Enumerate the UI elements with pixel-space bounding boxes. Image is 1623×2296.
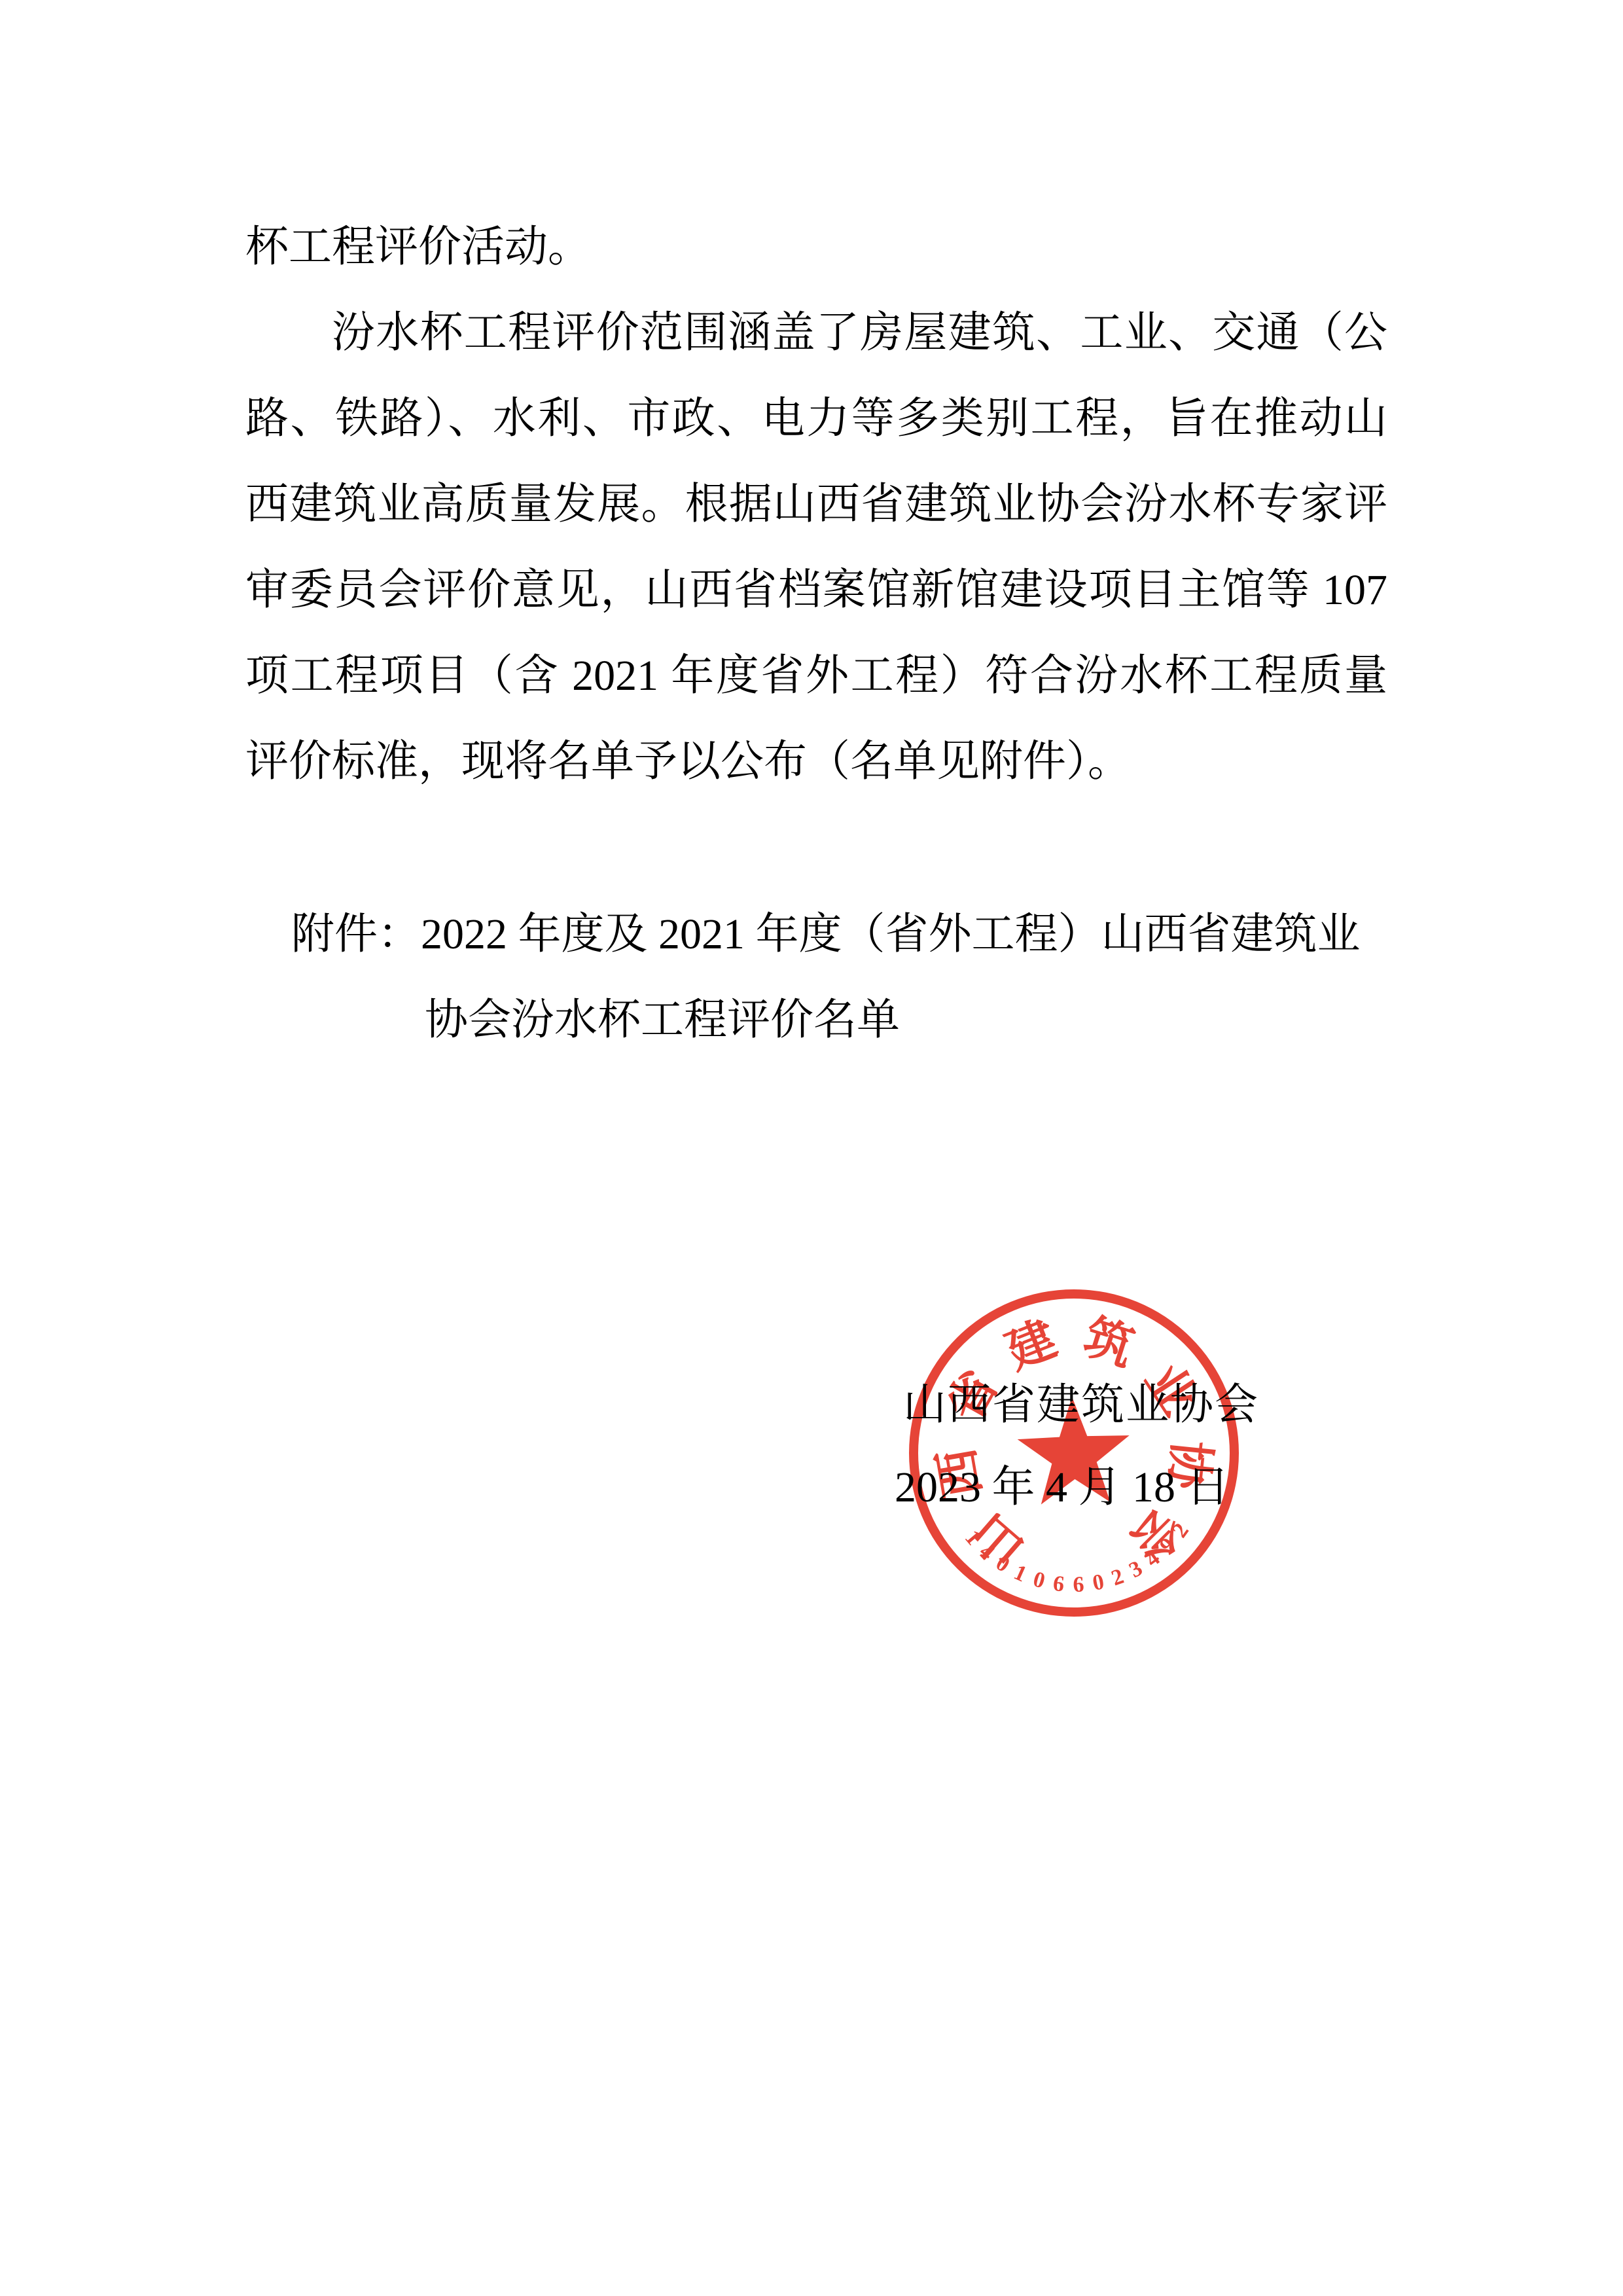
- attachment-line-2: 协会汾水杯工程评价名单: [245, 977, 1387, 1063]
- body-line: 汾水杯工程评价范围涵盖了房屋建筑、工业、交通（公: [245, 290, 1387, 376]
- seal-ring-char: 筑: [1076, 1304, 1145, 1373]
- signature-org: 山西省建筑业协会: [903, 1384, 1259, 1427]
- document-page: 杯工程评价活动。 汾水杯工程评价范围涵盖了房屋建筑、工业、交通（公 路、铁路）、…: [0, 0, 1623, 2296]
- body-line: 杯工程评价活动。: [245, 204, 1387, 290]
- body-line: 西建筑业高质量发展。根据山西省建筑业协会汾水杯专家评: [245, 461, 1387, 547]
- document-body: 杯工程评价活动。 汾水杯工程评价范围涵盖了房屋建筑、工业、交通（公 路、铁路）、…: [245, 204, 1387, 804]
- attachment-line-1: 附件：2022 年度及 2021 年度（省外工程）山西省建筑业: [245, 891, 1387, 977]
- body-line: 项工程项目（含 2021 年度省外工程）符合汾水杯工程质量: [245, 633, 1387, 719]
- signature-date: 2023 年 4 月 18 日: [895, 1466, 1230, 1509]
- seal-ring-text: 山西省建筑业协会: [903, 1283, 1233, 1295]
- official-seal: 山西省建筑业协会 1401066023492: [909, 1289, 1239, 1617]
- body-line: 路、铁路）、水利、市政、电力等多类别工程，旨在推动山: [245, 376, 1387, 461]
- seal-serial-number: 1401066023492: [903, 1283, 1233, 1295]
- seal-inner: 山西省建筑业协会 1401066023492: [903, 1283, 1244, 1622]
- attachment-note: 附件：2022 年度及 2021 年度（省外工程）山西省建筑业 协会汾水杯工程评…: [245, 891, 1387, 1063]
- seal-ring-char: 建: [994, 1306, 1065, 1377]
- body-line: 评价标准，现将名单予以公布（名单见附件）。: [245, 719, 1387, 804]
- body-line: 审委员会评价意见，山西省档案馆新馆建设项目主馆等 107: [245, 547, 1387, 633]
